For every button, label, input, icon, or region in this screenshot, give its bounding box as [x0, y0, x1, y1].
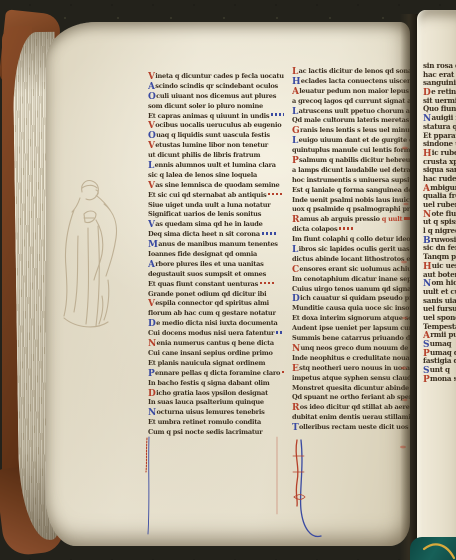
facing-page-text-column: sin rosa danhac erat ursanguinisDe retin… — [423, 62, 456, 383]
line-text: Summis bene catarrus priuando dicens — [292, 334, 410, 342]
line-text: leuatur pedum non maior lepus aptum — [299, 87, 410, 95]
line-text: uult et cui — [423, 288, 456, 296]
text-line: lateasic q lalea de lenos sine loquela — [148, 171, 284, 181]
illuminated-initial: N — [423, 211, 431, 219]
line-text: ruwosi p — [431, 236, 456, 244]
text-line: qualia fro — [423, 192, 456, 201]
line-text: ineta q dicuntur cades p fecla uocatur — [155, 72, 284, 80]
line-text: hoc instrumentis s uniuersa supsit in us… — [292, 176, 410, 184]
line-text: Significat uarios de lenis sonitus — [148, 210, 261, 218]
line-text: Siue uiget unda uult a luna notatur — [148, 201, 271, 209]
line-text: auigii fr — [431, 114, 456, 122]
illuminated-initial: O — [148, 93, 156, 102]
text-line: Note fiunt — [423, 210, 456, 219]
text-line: crusta xpo — [423, 158, 456, 167]
text-line: lauasDicho gratia laos ypsilon designat — [148, 389, 284, 399]
line-text: mbigunt — [430, 184, 456, 192]
line-text: as quedam sima qd he in laude — [155, 220, 262, 228]
text-line: psilaVineta q dicuntur cades p fecla uoc… — [148, 72, 284, 82]
text-line: lacLac lactis dicitur de lenos qd sonat … — [292, 67, 410, 77]
line-text: rbore plures iles et una uanitas — [155, 260, 263, 268]
illuminated-initial: A — [148, 261, 155, 270]
illuminated-initial: G — [292, 127, 299, 136]
text-line: CantOculi uiuant nos dicemus aut plures — [148, 92, 284, 102]
text-line: Tempestas — [423, 323, 456, 332]
line-filler — [262, 232, 277, 235]
text-line: uult et cui — [423, 288, 456, 297]
illuminated-initial: L — [292, 137, 298, 146]
text-line: fastigia d — [423, 357, 456, 366]
illumination-fragment — [410, 537, 456, 560]
line-text: sic q lalea de lenos sine loquela — [148, 171, 257, 179]
line-text: statura qbz — [423, 123, 456, 131]
text-line: a lamps dicunt laudabile uel detracendum — [292, 166, 410, 176]
text-line: Et doxa interim signorum atque sophiaSil… — [292, 314, 410, 324]
illuminated-initial: V — [148, 122, 155, 131]
line-text: Et capras animas q uiuunt in undis — [148, 112, 269, 120]
line-text: a lamps dicunt laudabile uel detracendum — [292, 166, 410, 174]
line-text: l q nigredi — [423, 227, 456, 235]
line-text: Deq sima dicta heet n sit corona — [148, 230, 260, 238]
line-text: florum ab hac cum q gestare notatur — [148, 309, 276, 317]
line-text: uel fursur — [423, 305, 456, 313]
line-filler — [276, 331, 284, 334]
text-column-left: psilaVineta q dicuntur cades p fecla uoc… — [148, 72, 284, 438]
text-line: uel fursur — [423, 305, 456, 314]
text-line: sic dn ferm — [423, 244, 456, 253]
text-line: Hic ruber b — [423, 149, 456, 158]
text-line: Siue uiget unda uult a luna notatur — [148, 201, 284, 211]
text-line: In suas lauca psalterium quinque — [148, 398, 284, 408]
text-line: hac erat ur — [423, 71, 456, 80]
illuminated-initial: A — [148, 83, 155, 92]
line-text: Monstret quesita dicuntur abinde syphos — [292, 384, 410, 392]
line-text: Qd male cultorum lateris meretas angit — [292, 116, 410, 124]
illuminated-initial: N — [423, 280, 431, 288]
text-line: Munditie causa quia uoce sic insonat — [292, 304, 410, 314]
illuminated-initial: A — [423, 332, 430, 340]
line-text: sin rosa dan — [423, 62, 456, 70]
line-text: In suas lauca psalterium quinque — [148, 398, 264, 406]
text-line: adipilaVespila connector qd spiritus alm… — [148, 299, 284, 309]
line-text: Et pparat ue — [423, 132, 456, 140]
text-line: In bacho festis q signa dabant olim — [148, 379, 284, 389]
line-text: fastigia d — [423, 357, 456, 365]
line-text: as sine lemnisca de quodam semine — [155, 181, 279, 189]
text-line: statura qbz — [423, 123, 456, 132]
text-line: uanitArbore plures iles et una uanitas — [148, 260, 284, 270]
illuminated-initial: V — [148, 182, 155, 191]
illuminated-initial: T — [292, 424, 298, 433]
illuminated-initial: A — [423, 185, 430, 193]
illuminated-initial: R — [292, 216, 299, 225]
line-text: enia numerus cantus q bene dicta — [156, 339, 273, 347]
line-text: hac erat ur — [423, 71, 456, 79]
text-line: Tanqm po — [423, 253, 456, 262]
text-line: lemnsNocturna uisus lemures tenebris — [148, 408, 284, 418]
illuminated-initial: L — [292, 246, 298, 255]
line-filler — [268, 193, 283, 196]
line-text: uel sponce — [423, 314, 456, 322]
line-filler — [271, 113, 284, 116]
text-line: karobNunq neos greco dum nouum de latino — [292, 344, 410, 354]
text-line: ruephiEstq neotheri uero nouus in uocatu… — [292, 364, 410, 374]
illuminated-initial: N — [292, 345, 300, 354]
text-line: Est q laniale q forma sanguinea detur — [292, 186, 410, 196]
text-line: colaphRamus ab arguis pressioq uult — [292, 215, 410, 225]
text-line: dictus abinde locant lithostrotos e lapi… — [292, 255, 410, 265]
text-line: Deq sima dicta heet n sit corona — [148, 230, 284, 240]
illuminated-initial: N — [423, 115, 431, 123]
text-line: emaqDich cauatur si quidam pseudo prophe… — [292, 294, 410, 304]
text-line: Et umbra retinet romulo condita — [148, 418, 284, 428]
line-filler — [339, 227, 354, 230]
line-text: In bacho festis q signa dabant olim — [148, 379, 270, 387]
illuminated-initial: P — [292, 157, 299, 166]
text-line: Ioannes fide designat qd omnia — [148, 250, 284, 260]
line-text: Qd spuant ne ortho feriant ab spem nichi… — [292, 393, 410, 401]
line-text: som dicunt soler io pluro nomine — [148, 102, 263, 110]
text-line: siqua sam — [423, 166, 456, 175]
text-line: manuManus de manibus manum tenentes — [148, 240, 284, 250]
line-text: eclades lacta conuectens uiscera pellis — [301, 77, 410, 85]
line-text: unq neos greco dum nouum de latino — [300, 344, 410, 352]
text-line: Et planis nauicula signat ordinem — [148, 359, 284, 369]
line-text: hac rude d — [423, 175, 456, 183]
text-line: Monstret quesita dicuntur abinde syphosq… — [292, 384, 410, 394]
line-text: dubitat enim dentis uerau stillamine nic… — [292, 413, 410, 421]
text-line: aeraOuaq q liquidis sunt uascula festis — [148, 131, 284, 141]
illuminated-initial: V — [148, 300, 155, 309]
text-line: Cum q psi nocte sedis lacrimatur — [148, 428, 284, 438]
text-line: labruVetustas lumine libor non tenetur — [148, 141, 284, 151]
illuminated-initial: H — [423, 150, 431, 158]
line-text: Et umbra retinet romulo condita — [148, 418, 261, 426]
text-line: panuVas quedam sima qd he in laude — [148, 220, 284, 230]
line-text: atruscens uult ppetuo chorum agrestem — [299, 107, 410, 115]
line-text: ennis alumnos uult et lumina clara — [155, 161, 276, 169]
line-filler — [260, 282, 275, 285]
line-text: Cum q psi nocte sedis lacrimatur — [148, 428, 262, 436]
line-text: Grande ponet odium qd dicitur ibi — [148, 290, 266, 298]
line-text: culi uiuant nos dicemus aut plures — [156, 92, 276, 100]
text-line: Armii pu — [423, 331, 456, 340]
text-line: lemataVas sine lemnisca de quodam semine — [148, 181, 284, 191]
line-text: qualia fro — [423, 192, 456, 200]
line-text: Munditie causa quia uoce sic insonat — [292, 304, 410, 312]
text-line: Et pparat ue — [423, 132, 456, 141]
text-line: lapidLibros sic lapides oculis gerit uas… — [292, 245, 410, 255]
line-text: Ioannes fide designat qd omnia — [148, 250, 257, 258]
text-line: sanguinis — [423, 79, 456, 88]
illuminated-initial: D — [148, 320, 156, 329]
line-text: umaq d — [430, 349, 456, 357]
line-text: Tempestas — [423, 323, 456, 331]
text-line: Ascindo scindis qr scindebant oculos — [148, 82, 284, 92]
text-line: dicta colapos — [292, 225, 410, 235]
text-line: syphenimpetus atque syphen sensu claudun… — [292, 374, 410, 384]
line-text: anus de manibus manum tenentes — [158, 240, 278, 248]
text-line: uetusVocibus uocalis ueruculus ab eugeni… — [148, 121, 284, 131]
line-text: ac lactis dicitur de lenos qd sonat albu… — [299, 67, 410, 75]
line-text: ut q spissa — [423, 218, 456, 226]
line-text: Tanqm po — [423, 253, 456, 261]
text-line: uel ruber f — [423, 201, 456, 210]
illuminated-initial: D — [423, 89, 431, 97]
line-text: dictus abinde locant lithostrotos e lapi… — [292, 255, 410, 263]
text-line: ut q spissa — [423, 218, 456, 227]
text-line: laternaLatruscens uult ppetuo chorum agr… — [292, 107, 410, 117]
text-line: Cuius uirgo tenos uanum qd signat apro — [292, 285, 410, 295]
line-text: sanis uia — [423, 297, 456, 305]
line-text: a grecoq lagos qd currunt signat apud no… — [292, 97, 410, 105]
line-text: umaq — [430, 340, 452, 348]
text-line: censCensores erant sic uolumus achiuis — [292, 265, 410, 275]
line-text: crusta xpo — [423, 158, 456, 166]
line-text: Inde uenit psalmi nobis laus inuicta des… — [292, 196, 410, 204]
text-line: sin rosa dan — [423, 62, 456, 71]
line-text: Cui docens modus nisi uera fatentur — [148, 329, 274, 337]
line-text: ich cauatur si quidam pseudo propheta — [300, 294, 410, 302]
illuminated-initial: V — [148, 221, 155, 230]
text-line: l q nigredi — [423, 227, 456, 236]
text-line: Qd male cultorum lateris meretas angit — [292, 116, 410, 126]
text-line: Sumaq — [423, 340, 456, 349]
text-line: Summis bene catarrus priuando dicensq — [292, 334, 410, 344]
illuminated-initial: B — [423, 237, 430, 245]
line-text: rmii pu — [430, 331, 456, 339]
line-text: uaq q liquidis sunt uascula festis — [156, 131, 270, 139]
text-line: Grande ponet odium qd dicitur ibi — [148, 290, 284, 300]
illuminated-initial: L — [292, 108, 298, 117]
text-line: Et quas fiunt constant uenturas — [148, 280, 284, 290]
text-line: lemnLennis alumnos uult et lumina clara — [148, 161, 284, 171]
monk-sketch-drawing — [44, 176, 130, 336]
illuminated-initial: M — [148, 241, 158, 250]
text-line: Quo fiunt — [423, 105, 456, 114]
line-text: scindo scindis qr scindebant oculos — [155, 82, 278, 90]
line-text: Im fiunt colaphi q collo detur ideo — [292, 235, 410, 243]
text-line: sanis uia — [423, 297, 456, 306]
illuminated-initial: P — [148, 370, 155, 379]
illuminated-initial: P — [423, 376, 430, 384]
text-line: Nauigii fr — [423, 114, 456, 123]
line-text: ic ruber b — [432, 149, 456, 157]
text-line: quintuplus manule cui lentis forma color… — [292, 146, 410, 156]
line-text: siqua sam — [423, 166, 456, 174]
text-line: lepusAleuatur pedum non maior lepus aptu… — [292, 87, 410, 97]
line-text: dicta colapos — [292, 225, 337, 233]
text-line: Significat uarios de lenis sonitus — [148, 210, 284, 220]
illuminated-initial: L — [292, 68, 298, 77]
line-text: ibros sic lapides oculis gerit uas effi- — [299, 245, 410, 253]
illuminated-initial: H — [292, 78, 300, 87]
text-line: De retino d — [423, 88, 456, 97]
illuminated-initial: O — [148, 132, 156, 141]
text-line: lingoLeuigo uiuum dant et de gurgite dic… — [292, 136, 410, 146]
text-line: lactesHeclades lacta conuectens uiscera … — [292, 77, 410, 87]
line-text: unt q — [430, 366, 450, 374]
line-text: icho gratia laos ypsilon designat — [156, 389, 268, 397]
line-text: ennare pellas q dicta foramine claro — [155, 369, 280, 377]
illuminated-initial: C — [292, 266, 299, 275]
line-filler — [282, 371, 284, 374]
text-line: Audent ipse ueniet per lapsum cunctis ue… — [292, 324, 410, 334]
text-line: Im cenotaphium dicatur inane sepulchrum — [292, 275, 410, 285]
text-line: Cui docens modus nisi uera fatentur — [148, 329, 284, 339]
text-line: uel sponce — [423, 314, 456, 323]
gold-scroll-detail — [410, 537, 456, 560]
illuminated-initial: N — [148, 409, 156, 418]
text-line: petensDe medio dicta nisi iuxta document… — [148, 319, 284, 329]
line-text: e retino d — [431, 88, 456, 96]
text-line: Pmona so — [423, 375, 456, 384]
illuminated-initial: N — [148, 340, 156, 349]
text-line: fofandTolleribus rectam ueste dicit uos … — [292, 423, 410, 433]
line-text: e medio dicta nisi iuxta documenta — [156, 319, 277, 327]
line-text: euigo uiuum dant et de gurgite dictum — [299, 136, 410, 144]
line-text: degustauit suos sumpsit et omnes — [148, 270, 266, 278]
illuminated-initial: V — [148, 73, 155, 82]
text-line: som dicunt soler io pluro nomine — [148, 102, 284, 112]
line-text: quintuplus manule cui lentis forma color… — [292, 146, 410, 154]
line-text: sanguinis — [423, 79, 456, 87]
text-line: florum ab hac cum q gestare notatur — [148, 309, 284, 319]
text-line: Et capras animas q uiuunt in undis — [148, 112, 284, 122]
line-text: Et doxa interim signorum atque sophia — [292, 314, 410, 322]
text-line: Inde uenit psalmi nobis laus inuicta des… — [292, 196, 410, 206]
illuminated-initial: D — [148, 390, 156, 399]
text-line: psalmPsalmum q nabilis dicitur hebreumGl… — [292, 156, 410, 166]
line-text: uel ruber f — [423, 201, 456, 209]
text-line: sindone uo — [423, 140, 456, 149]
illuminated-initial: D — [292, 295, 300, 304]
line-text: amus ab arguis pressio — [300, 215, 380, 223]
text-line: Cui cane insani sepius ordine primo — [148, 349, 284, 359]
text-line: fistulPennare pellas q dicta foramine cl… — [148, 369, 284, 379]
line-text: Quo fiunt — [423, 105, 456, 113]
line-text: uox q psalmide q psalmographi proba — [292, 205, 410, 213]
line-text: Est q laniale q forma sanguinea detur — [292, 186, 410, 194]
line-text: mona so — [430, 375, 456, 383]
line-text: Cuius uirgo tenos uanum qd signat apro — [292, 285, 410, 293]
line-text: Audent ipse ueniet per lapsum cunctis ue… — [292, 324, 410, 332]
line-text: ote fiunt — [431, 210, 456, 218]
text-line: rosRos ideo dicitur qd stillat ab aere u… — [292, 403, 410, 413]
text-line: aut botem — [423, 271, 456, 280]
illuminated-initial: H — [423, 263, 431, 271]
illuminated-initial: V — [148, 142, 155, 151]
text-line: a grecoq lagos qd currunt signat apud no… — [292, 97, 410, 107]
text-line: Ambigunt — [423, 184, 456, 193]
illuminated-initial: E — [292, 365, 299, 374]
line-text: Inde neophitus e credulitate nouatur — [292, 354, 410, 362]
illuminated-initial: P — [423, 350, 430, 358]
text-line: lensGranis lens lentis s leus uel minuda… — [292, 126, 410, 136]
text-line: fernaNenia numerus cantus q bene dicta — [148, 339, 284, 349]
line-text: ocibus uocalis ueruculus ab eugenio — [155, 121, 281, 129]
line-text: aut botem — [423, 271, 456, 279]
line-text: sic dn ferm — [423, 244, 456, 252]
text-line: ut dicunt philis de libris fratrum — [148, 151, 284, 161]
manuscript-photograph: psilaVineta q dicuntur cades p fecla uoc… — [0, 0, 456, 560]
text-line: Sunt q — [423, 366, 456, 375]
text-line: Bruwosi p — [423, 236, 456, 245]
line-text: Et planis nauicula signat ordinem — [148, 359, 265, 367]
line-text: ranis lens lentis s leus uel minuda lent… — [300, 126, 410, 134]
line-text: Cui cane insani sepius ordine primo — [148, 349, 273, 357]
line-text: ut dicunt philis de libris fratrum — [148, 151, 260, 159]
line-text: stq neotheri uero nouus in uocatur — [299, 364, 410, 372]
line-text: Et sic cui qd sternabat ab antiquis — [148, 191, 266, 199]
text-line: Huic uesti — [423, 262, 456, 271]
text-line: degustauit suos sumpsit et omnes — [148, 270, 284, 280]
illuminated-initial: A — [292, 88, 299, 97]
illuminated-initial: L — [148, 162, 154, 171]
text-line: hoc instrumentis s uniuersa supsit in us… — [292, 176, 410, 186]
text-line: sit uermilu — [423, 97, 456, 106]
text-line: hac rude d — [423, 175, 456, 184]
illuminated-initial: S — [423, 367, 429, 375]
line-text: salmum q nabilis dicitur hebreum — [299, 156, 410, 164]
line-text: os ideo dicitur qd stillat ab aere uenit — [300, 403, 410, 411]
illuminated-initial: S — [423, 341, 429, 349]
line-text: olleribus rectam ueste dicit uos amen — [299, 423, 410, 431]
text-line: Pumaq d — [423, 349, 456, 358]
text-line: dubitat enim dentis uerau stillamine nic… — [292, 413, 410, 423]
line-text: ensores erant sic uolumus achiuis — [299, 265, 410, 273]
line-text: etustas lumine libor non tenetur — [155, 141, 268, 149]
text-line: uox q psalmide q psalmographi proba — [292, 205, 410, 215]
text-line: Et sic cui qd sternabat ab antiquis — [148, 191, 284, 201]
line-text: Et quas fiunt constant uenturas — [148, 280, 258, 288]
text-column-right: lacLac lactis dicitur de lenos qd sonat … — [292, 67, 410, 433]
line-text: Im cenotaphium dicatur inane sepulchrum — [292, 275, 410, 283]
text-line: Nom hic si — [423, 279, 456, 288]
line-text: impetus atque syphen sensu clauduntur — [292, 374, 410, 382]
illuminated-initial: R — [292, 404, 299, 413]
line-text: uic uesti — [432, 262, 456, 270]
line-text: espila connector qd spiritus almi — [155, 299, 269, 307]
line-text: octurna uisus lemures tenebris — [156, 408, 264, 416]
text-line: Im fiunt colaphi q collo detur ideo — [292, 235, 410, 245]
line-text: om hic si — [431, 279, 456, 287]
text-line: Inde neophitus e credulitate nouatur — [292, 354, 410, 364]
line-text: sindone uo — [423, 140, 456, 148]
text-line: Qd spuant ne ortho feriant ab spem nichi… — [292, 393, 410, 403]
line-text: sit uermilu — [423, 97, 456, 105]
